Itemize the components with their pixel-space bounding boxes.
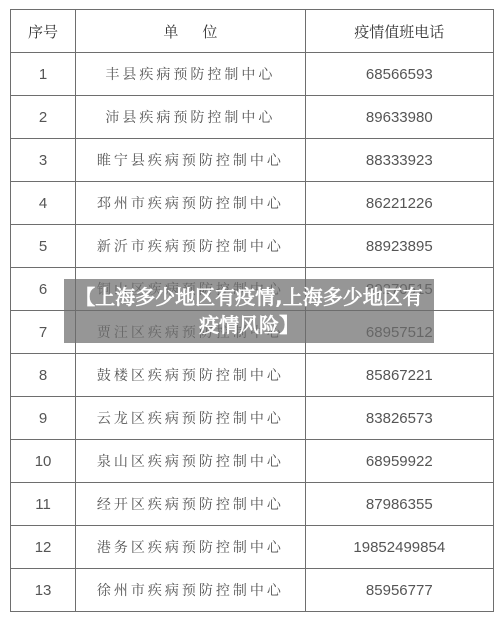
row-phone: 83826573 <box>305 397 493 440</box>
row-index: 8 <box>11 354 76 397</box>
row-unit: 鼓楼区疾病预防控制中心 <box>76 354 305 397</box>
row-index: 3 <box>11 139 76 182</box>
row-index: 11 <box>11 483 76 526</box>
row-index: 4 <box>11 182 76 225</box>
header-index: 序号 <box>11 10 76 53</box>
row-unit: 云龙区疾病预防控制中心 <box>76 397 305 440</box>
table-row: 10 泉山区疾病预防控制中心 68959922 <box>11 440 494 483</box>
row-phone: 86221226 <box>305 182 493 225</box>
row-phone: 19852499854 <box>305 526 493 569</box>
overlay-title: 【上海多少地区有疫情,上海多少地区有疫情风险】 <box>72 283 426 339</box>
row-unit: 沛县疾病预防控制中心 <box>76 96 305 139</box>
row-phone: 88923895 <box>305 225 493 268</box>
row-index: 5 <box>11 225 76 268</box>
row-unit: 睢宁县疾病预防控制中心 <box>76 139 305 182</box>
table-row: 1 丰县疾病预防控制中心 68566593 <box>11 53 494 96</box>
row-phone: 68566593 <box>305 53 493 96</box>
row-index: 2 <box>11 96 76 139</box>
row-unit: 泉山区疾病预防控制中心 <box>76 440 305 483</box>
header-unit-part-2: 位 <box>202 23 217 41</box>
table-row: 5 新沂市疾病预防控制中心 88923895 <box>11 225 494 268</box>
row-index: 10 <box>11 440 76 483</box>
row-unit: 新沂市疾病预防控制中心 <box>76 225 305 268</box>
row-phone: 88333923 <box>305 139 493 182</box>
header-unit-part-1: 单 <box>163 23 178 41</box>
table-row: 8 鼓楼区疾病预防控制中心 85867221 <box>11 354 494 397</box>
row-unit: 丰县疾病预防控制中心 <box>76 53 305 96</box>
header-unit: 单位 <box>76 10 305 53</box>
table-header-row: 序号 单位 疫情值班电话 <box>11 10 494 53</box>
table-row: 13 徐州市疾病预防控制中心 85956777 <box>11 569 494 612</box>
row-index: 13 <box>11 569 76 612</box>
row-index: 1 <box>11 53 76 96</box>
header-phone: 疫情值班电话 <box>305 10 493 53</box>
row-phone: 85956777 <box>305 569 493 612</box>
row-unit: 邳州市疾病预防控制中心 <box>76 182 305 225</box>
title-overlay-banner: 【上海多少地区有疫情,上海多少地区有疫情风险】 <box>64 279 434 343</box>
row-phone: 89633980 <box>305 96 493 139</box>
table-row: 2 沛县疾病预防控制中心 89633980 <box>11 96 494 139</box>
row-phone: 87986355 <box>305 483 493 526</box>
table-row: 11 经开区疾病预防控制中心 87986355 <box>11 483 494 526</box>
row-phone: 85867221 <box>305 354 493 397</box>
row-index: 9 <box>11 397 76 440</box>
row-phone: 68959922 <box>305 440 493 483</box>
row-index: 12 <box>11 526 76 569</box>
table-row: 9 云龙区疾病预防控制中心 83826573 <box>11 397 494 440</box>
table-row: 12 港务区疾病预防控制中心 19852499854 <box>11 526 494 569</box>
row-unit: 经开区疾病预防控制中心 <box>76 483 305 526</box>
row-unit: 港务区疾病预防控制中心 <box>76 526 305 569</box>
table-row: 4 邳州市疾病预防控制中心 86221226 <box>11 182 494 225</box>
table-row: 3 睢宁县疾病预防控制中心 88333923 <box>11 139 494 182</box>
row-unit: 徐州市疾病预防控制中心 <box>76 569 305 612</box>
